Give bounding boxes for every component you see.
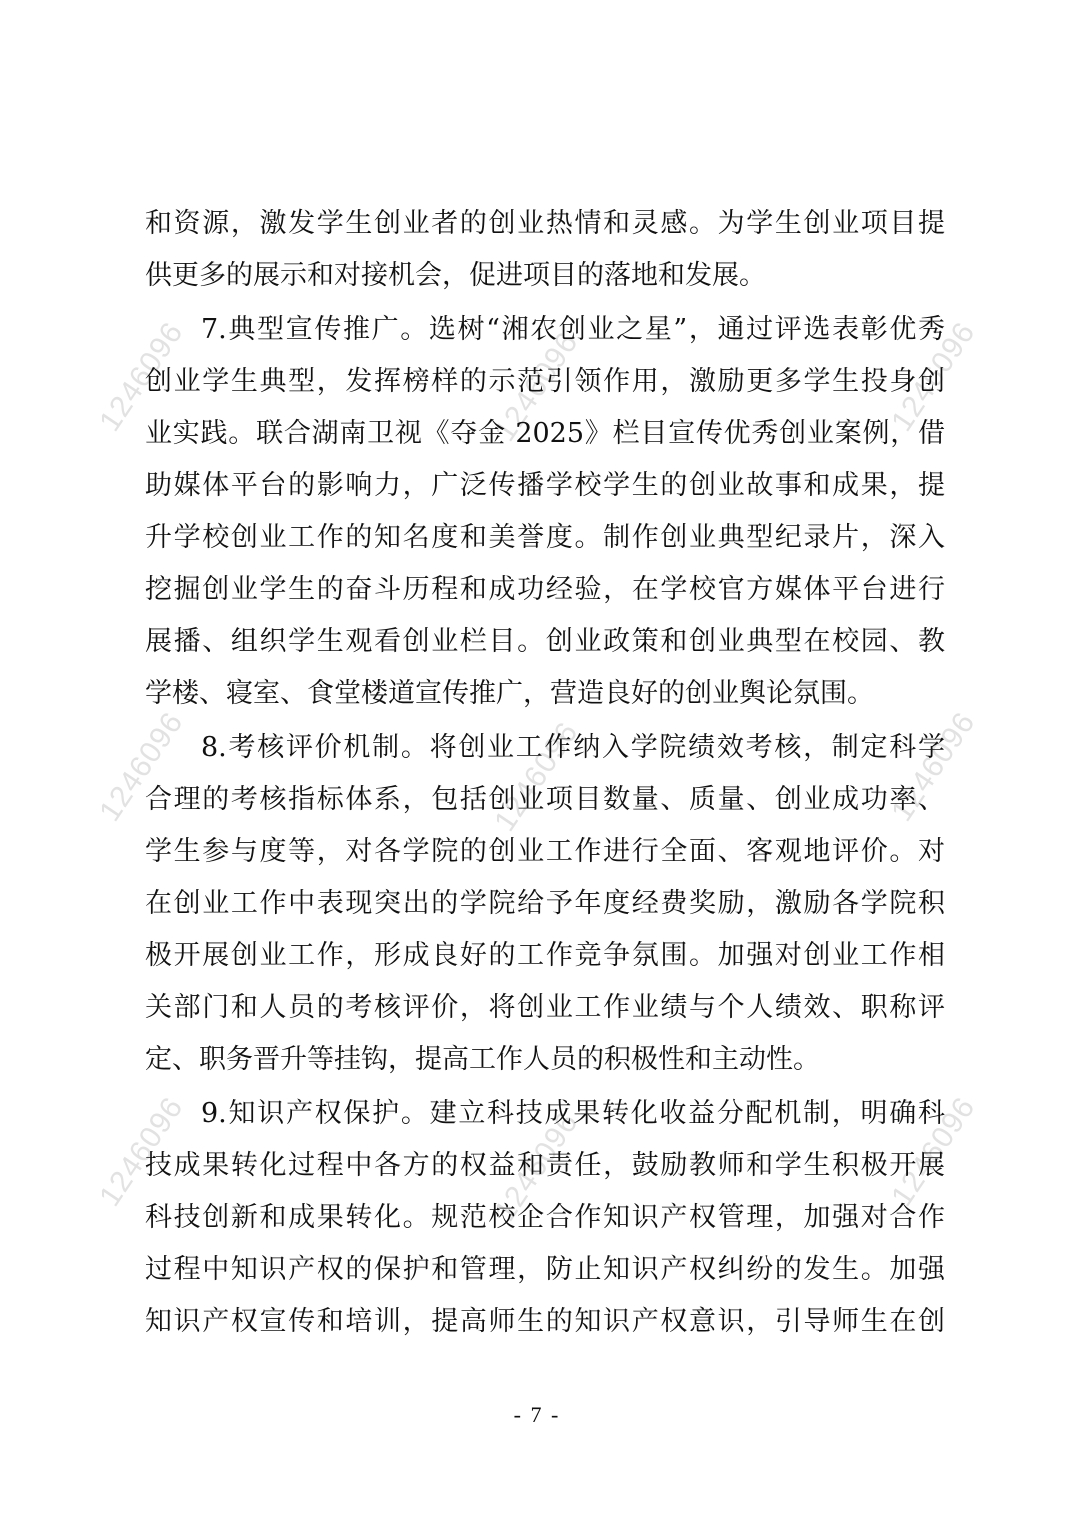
text-line: 展播、组织学生观看创业栏目。创业政策和创业典型在校园、教 <box>145 616 945 668</box>
text-line: 业实践。联合湖南卫视《夺金 2025》栏目宣传优秀创业案例，借 <box>145 408 945 460</box>
paragraph-heading-line: 8.考核评价机制。将创业工作纳入学院绩效考核，制定科学 <box>145 722 945 774</box>
text-line: 在创业工作中表现突出的学院给予年度经费奖励，激励各学院积 <box>145 878 945 930</box>
document-page: 1246096 1246096 1246096 1246096 1246096 … <box>0 0 1074 1520</box>
page-number: - 7 - <box>0 1400 1074 1430</box>
paragraph-9-ip-protection: 9.知识产权保护。建立科技成果转化收益分配机制，明确科 技成果转化过程中各方的权… <box>145 1088 945 1348</box>
paragraph-continuation: 和资源，激发学生创业者的创业热情和灵感。为学生创业项目提 供更多的展示和对接机会… <box>145 198 945 302</box>
text-line: 合理的考核指标体系，包括创业项目数量、质量、创业成功率、 <box>145 774 945 826</box>
text-line: 创业学生典型，发挥榜样的示范引领作用，激励更多学生投身创 <box>145 356 945 408</box>
text-line: 过程中知识产权的保护和管理，防止知识产权纠纷的发生。加强 <box>145 1244 945 1296</box>
text-line: 挖掘创业学生的奋斗历程和成功经验，在学校官方媒体平台进行 <box>145 564 945 616</box>
text-line: 关部门和人员的考核评价，将创业工作业绩与个人绩效、职称评 <box>145 982 945 1034</box>
text-line: 极开展创业工作，形成良好的工作竞争氛围。加强对创业工作相 <box>145 930 945 982</box>
paragraph-heading-line: 7.典型宣传推广。选树“湘农创业之星”，通过评选表彰优秀 <box>145 304 945 356</box>
text-line: 学楼、寝室、食堂楼道宣传推广，营造良好的创业舆论氛围。 <box>145 668 945 720</box>
paragraph-heading-line: 9.知识产权保护。建立科技成果转化收益分配机制，明确科 <box>145 1088 945 1140</box>
text-line: 升学校创业工作的知名度和美誉度。制作创业典型纪录片，深入 <box>145 512 945 564</box>
text-line: 技成果转化过程中各方的权益和责任，鼓励教师和学生积极开展 <box>145 1140 945 1192</box>
text-line: 科技创新和成果转化。规范校企合作知识产权管理，加强对合作 <box>145 1192 945 1244</box>
text-line: 助媒体平台的影响力，广泛传播学校学生的创业故事和成果，提 <box>145 460 945 512</box>
text-line: 和资源，激发学生创业者的创业热情和灵感。为学生创业项目提 <box>145 198 945 250</box>
body-text: 和资源，激发学生创业者的创业热情和灵感。为学生创业项目提 供更多的展示和对接机会… <box>145 198 945 1348</box>
text-line: 定、职务晋升等挂钩，提高工作人员的积极性和主动性。 <box>145 1034 945 1086</box>
text-line: 学生参与度等，对各学院的创业工作进行全面、客观地评价。对 <box>145 826 945 878</box>
paragraph-8-assessment-mechanism: 8.考核评价机制。将创业工作纳入学院绩效考核，制定科学 合理的考核指标体系，包括… <box>145 722 945 1086</box>
text-line: 知识产权宣传和培训，提高师生的知识产权意识，引导师生在创 <box>145 1296 945 1348</box>
paragraph-7-typical-promotion: 7.典型宣传推广。选树“湘农创业之星”，通过评选表彰优秀 创业学生典型，发挥榜样… <box>145 304 945 720</box>
text-line: 供更多的展示和对接机会，促进项目的落地和发展。 <box>145 250 945 302</box>
